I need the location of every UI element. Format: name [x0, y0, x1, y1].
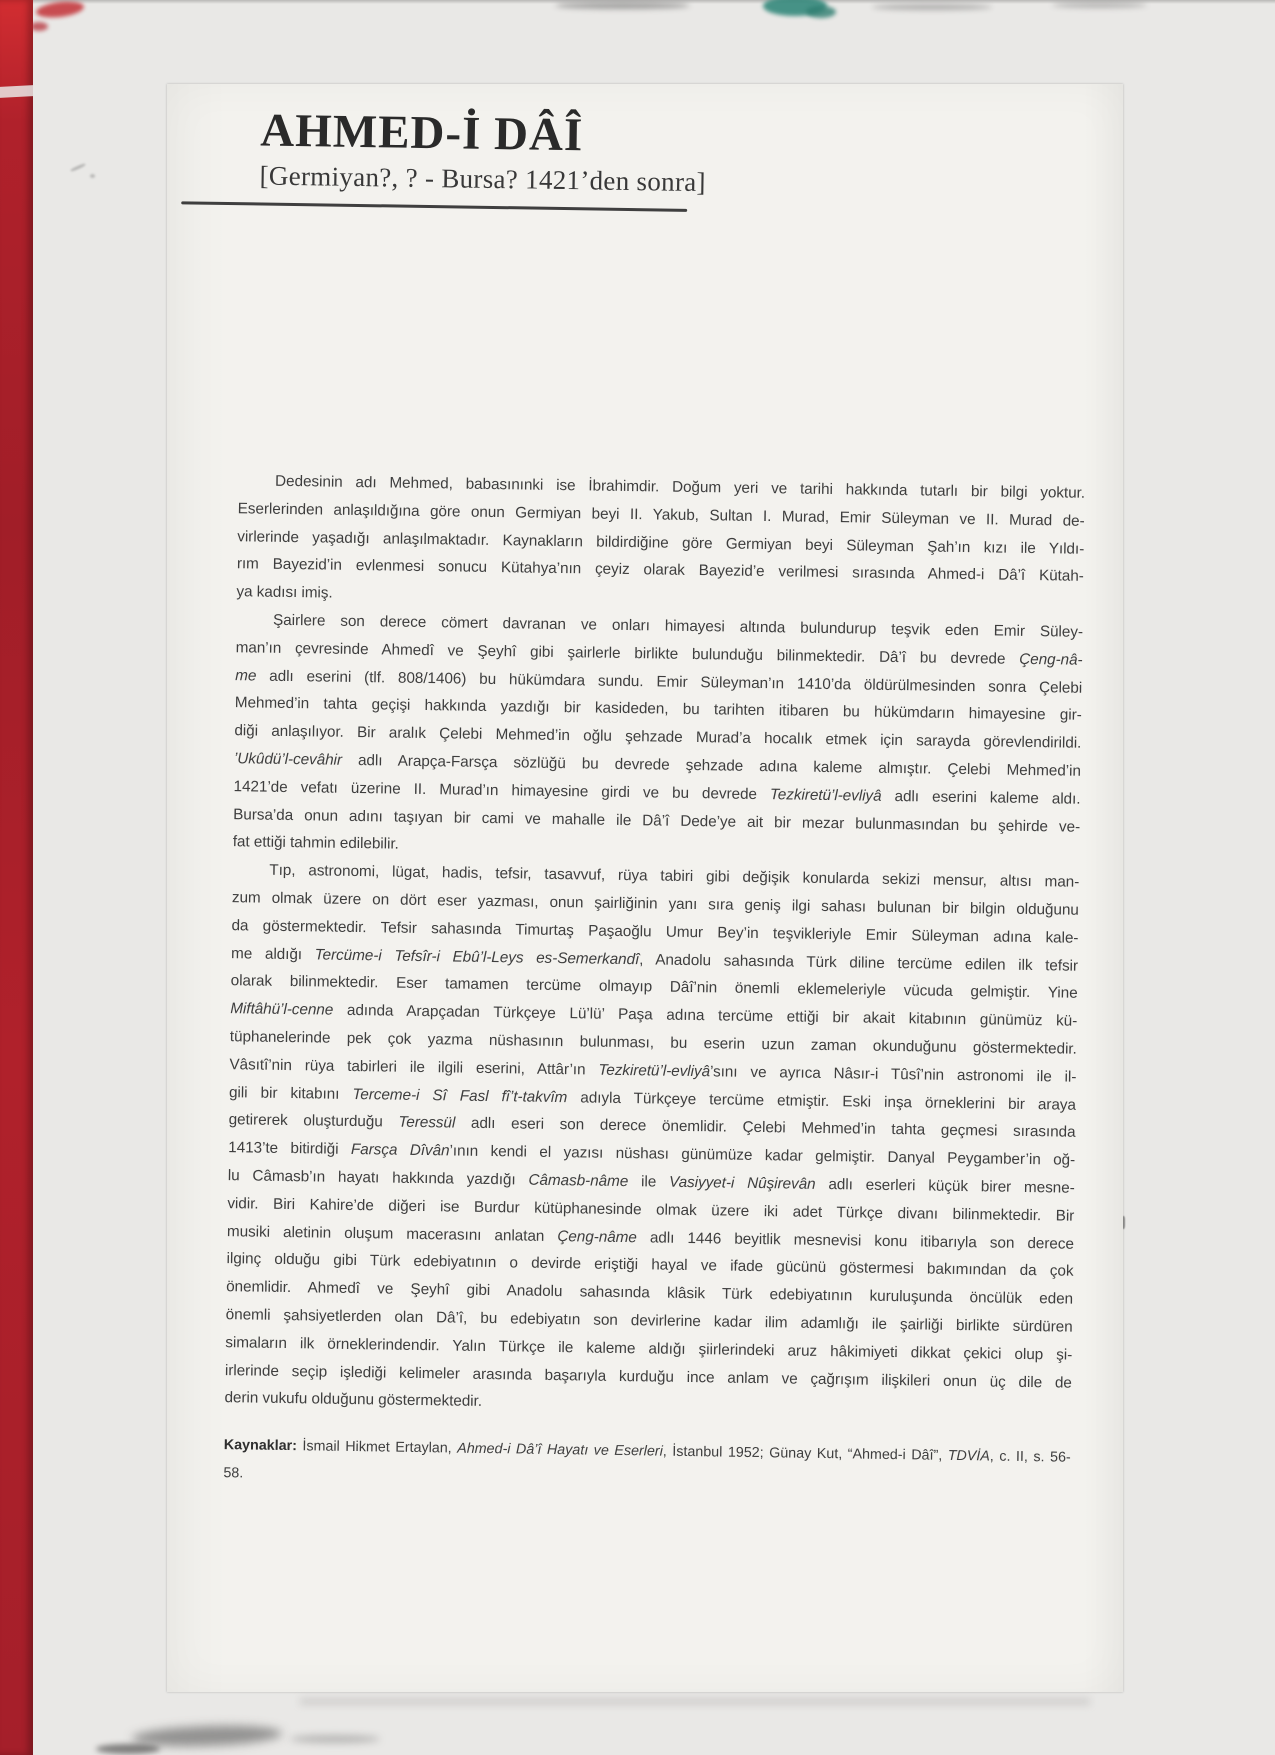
text-line: derin vukufu olduğunu göstermektedir.: [224, 1384, 1071, 1424]
article-subtitle: [Germiyan?, ? - Bursa? 1421’den sonra]: [259, 158, 706, 199]
text-line: Kaynaklar: İsmail Hikmet Ertaylan, Ahmed…: [224, 1432, 1071, 1472]
article-title: AHMED-İ DÂÎ: [260, 105, 707, 164]
stripe-notch: [0, 85, 33, 98]
scan-canvas: AHMED-İ DÂÎ [Germiyan?, ? - Bursa? 1421’…: [0, 0, 1275, 1755]
text-line: vidir. Biri Kahire’de diğeri ise Burdur …: [227, 1190, 1074, 1230]
text-line: önemlidir. Ahmedî ve Şeyhî gibi Anadolu …: [226, 1273, 1073, 1313]
pencil-mark: [70, 163, 86, 172]
article-header: AHMED-İ DÂÎ [Germiyan?, ? - Bursa? 1421’…: [259, 105, 706, 200]
text-line: Şairlere son derece cömert davranan ve o…: [236, 606, 1083, 646]
text-line: Mehmed’in tahta geçişi hakkında yazdığı …: [235, 690, 1082, 730]
title-underline: [181, 201, 687, 212]
scan-smudge-gray: [872, 4, 992, 10]
text-line: man’ın çevresinde Ahmedî ve Şeyhî gibi ş…: [235, 634, 1082, 674]
scan-smudge-gray: [290, 1735, 380, 1743]
text-line: Bursa’da onun adını taşıyan bir cami ve …: [233, 801, 1080, 841]
scan-smudge-red: [30, 22, 48, 31]
text-line: Dedesinin adı Mehmed, babasınınki ise İb…: [238, 467, 1085, 507]
text-line: rım Bayezid’in evlenmesi sonucu Kütahya’…: [237, 551, 1084, 591]
text-line: virlerinde yaşadığı anlaşılmaktadır. Kay…: [237, 523, 1084, 563]
text-line: 1421’de vefatı üzerine II. Murad’ın hima…: [233, 773, 1080, 813]
page-content: AHMED-İ DÂÎ [Germiyan?, ? - Bursa? 1421’…: [143, 83, 1123, 1705]
text-line: Miftâhü’l-cenne adında Arapçadan Türkçey…: [230, 995, 1077, 1035]
text-line: fat ettiği tahmin edilebilir.: [233, 829, 1080, 869]
scan-smudge-gray: [1052, 2, 1147, 8]
scan-smudge-dark: [96, 1744, 160, 1754]
text-line: ya kadısı imiş.: [236, 578, 1083, 618]
text-line: Tıp, astronomi, lügat, hadis, tefsir, ta…: [232, 856, 1079, 896]
text-line: irlerinde seçip işlediği kelimeler arası…: [225, 1357, 1072, 1397]
scan-smudge-dark: [132, 1723, 283, 1748]
text-line: me aldığı Tercüme-i Tefsîr-i Ebû’l-Leys …: [231, 940, 1078, 980]
text-line: ’Ukûdü’l-cevâhir adlı Arapça-Farsça sözl…: [234, 745, 1081, 785]
text-line: 1413’te bitirdiği Farsça Dîvân’ının kend…: [228, 1134, 1075, 1174]
text-line: Eserlerinden anlaşıldığına göre onun Ger…: [237, 495, 1084, 535]
text-line: getirerek oluşturduğu Teressül adlı eser…: [228, 1106, 1075, 1146]
scan-background: { "header": { "title": "AHMED-İ DÂÎ", "s…: [0, 0, 1275, 1755]
text-line: simaların ilk örneklerindendir. Yalın Tü…: [225, 1329, 1072, 1369]
pencil-mark: [90, 174, 95, 178]
text-line: ilginç olduğu gibi Türk edebiyatının o d…: [226, 1245, 1073, 1285]
text-line: gili bir kitabını Terceme-i Sî Fasl fî’t…: [229, 1079, 1076, 1119]
text-line: lu Câmasb’ın hayatı hakkında yazdığı Câm…: [228, 1162, 1075, 1202]
scan-smudge-gray: [300, 1698, 1090, 1705]
text-line: Vâsıtî’nin rüya tabirleri ile ilgili ese…: [229, 1051, 1076, 1091]
scan-smudge-teal: [806, 6, 836, 18]
scan-smudge-gray: [555, 2, 690, 9]
sources-section: Kaynaklar: İsmail Hikmet Ertaylan, Ahmed…: [223, 1432, 1071, 1500]
text-line: zum olmak üzere on dört eser yazması, on…: [232, 884, 1079, 924]
scanner-edge-stripe: [0, 0, 33, 1755]
text-line: tüphanelerinde pek çok yazma nüshasının …: [230, 1023, 1077, 1063]
text-line: 58.: [223, 1460, 1070, 1500]
text-line: me adlı eserini (tlf. 808/1406) bu hüküm…: [235, 662, 1082, 702]
text-line: önemli şahsiyetlerden olan Dâ’î, bu edeb…: [226, 1301, 1073, 1341]
document-page: AHMED-İ DÂÎ [Germiyan?, ? - Bursa? 1421’…: [167, 84, 1123, 1692]
text-line: musiki aletinin oluşum macerasını anlata…: [227, 1218, 1074, 1258]
text-line: da göstermektedir. Tefsir sahasında Timu…: [231, 912, 1078, 952]
text-line: diği anlaşılıyor. Bir aralık Çelebi Mehm…: [234, 717, 1081, 757]
article-body: Dedesinin adı Mehmed, babasınınki ise İb…: [224, 467, 1085, 1425]
text-line: olarak bilinmektedir. Eser tamamen tercü…: [230, 967, 1077, 1007]
